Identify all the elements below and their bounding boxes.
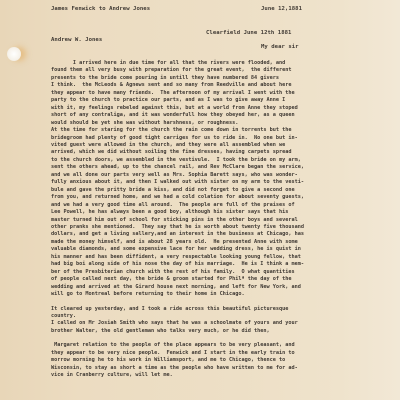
- text-line: of people called next day, the bride & g…: [51, 276, 391, 283]
- text-line: master turned him out of school for stic…: [51, 217, 391, 224]
- text-line: will go to Montreal before returning to …: [51, 291, 391, 298]
- text-line: party to the church to practice our part…: [51, 97, 391, 104]
- text-line: country.: [51, 313, 391, 320]
- letter-page: James Fenwick to Andrew Jones June 12,18…: [0, 0, 400, 400]
- text-line: I arrived here in due time for all that …: [51, 60, 391, 67]
- text-line: bule and gave the pritty bride a kiss, a…: [51, 187, 391, 194]
- text-line: I think. the McLeods & Agnews sent and s…: [51, 82, 391, 89]
- letter-body: I arrived here in due time for all that …: [51, 60, 391, 380]
- text-line: his manner and has been diffident, a ver…: [51, 254, 391, 261]
- text-line: dollars, and get a living sallery,and an…: [51, 231, 391, 238]
- text-line: fully anxious about it, and then I walke…: [51, 179, 391, 186]
- text-line: had big boi along side of his nose the d…: [51, 261, 391, 268]
- text-line: bridegroom had plenty of good tight carr…: [51, 135, 391, 142]
- letter-recipient: Andrew W. Jones: [51, 37, 102, 44]
- text-line: vited guest were allowed in the church, …: [51, 142, 391, 149]
- header-date: June 12,1881: [261, 6, 302, 13]
- text-line: ber of the Presbiterian church with the …: [51, 269, 391, 276]
- paragraph-ride: It cleared up yesterday, and I took a ri…: [51, 306, 391, 336]
- text-line: to the church doors, we assembled in the…: [51, 157, 391, 164]
- text-line: and we had a very good time all around. …: [51, 202, 391, 209]
- text-line: At the time for staring for the church t…: [51, 127, 391, 134]
- text-line: from you, and returned home, and we had …: [51, 194, 391, 201]
- text-line: they appear to be very nice people. Fenw…: [51, 350, 391, 357]
- punch-hole: [7, 47, 21, 61]
- text-line: would should be yet she was without hars…: [51, 120, 391, 127]
- text-line: morrow morning he to his work in William…: [51, 357, 391, 364]
- text-line: found them all very busy with preparatio…: [51, 67, 391, 74]
- text-line: made the money himself, and is about 28 …: [51, 239, 391, 246]
- letter-place-date: Clearfield June 12th 1881: [206, 30, 291, 37]
- text-line: presents to the bride come pouring in un…: [51, 75, 391, 82]
- text-line: Margaret relation to the people of the p…: [51, 342, 391, 349]
- text-line: brother Walter, the old gentleman who ta…: [51, 328, 391, 335]
- text-line: short of any contraliga, and it was wond…: [51, 112, 391, 119]
- paragraph-wedding: I arrived here in due time for all that …: [51, 60, 391, 299]
- text-line: It cleared up yesterday, and I took a ri…: [51, 306, 391, 313]
- text-line: other pranks she mentioned. They say tha…: [51, 224, 391, 231]
- header-correspondents: James Fenwick to Andrew Jones: [51, 6, 150, 13]
- text-line: with it, my feelings rebeled against thi…: [51, 105, 391, 112]
- paragraph-departure: Margaret relation to the people of the p…: [51, 342, 391, 379]
- text-line: they appear to have many friends. The af…: [51, 90, 391, 97]
- text-line: Wisconsin, to stay as short a time as th…: [51, 365, 391, 372]
- text-line: wedding and arrived at the Girard house …: [51, 284, 391, 291]
- text-line: vice in Cranberry culture, will let me.: [51, 372, 391, 379]
- text-line: I called on Mr Josiah Smith who says tha…: [51, 320, 391, 327]
- text-line: sent the others ahead, up to the chancel…: [51, 164, 391, 171]
- text-line: Lee Powell, he has always been a good bo…: [51, 209, 391, 216]
- text-line: and we all done our parts very well as M…: [51, 172, 391, 179]
- letter-salutation: My dear sir: [261, 44, 299, 51]
- text-line: arrived, which we did without soiling th…: [51, 149, 391, 156]
- text-line: valuable diamonds, and some expensive la…: [51, 246, 391, 253]
